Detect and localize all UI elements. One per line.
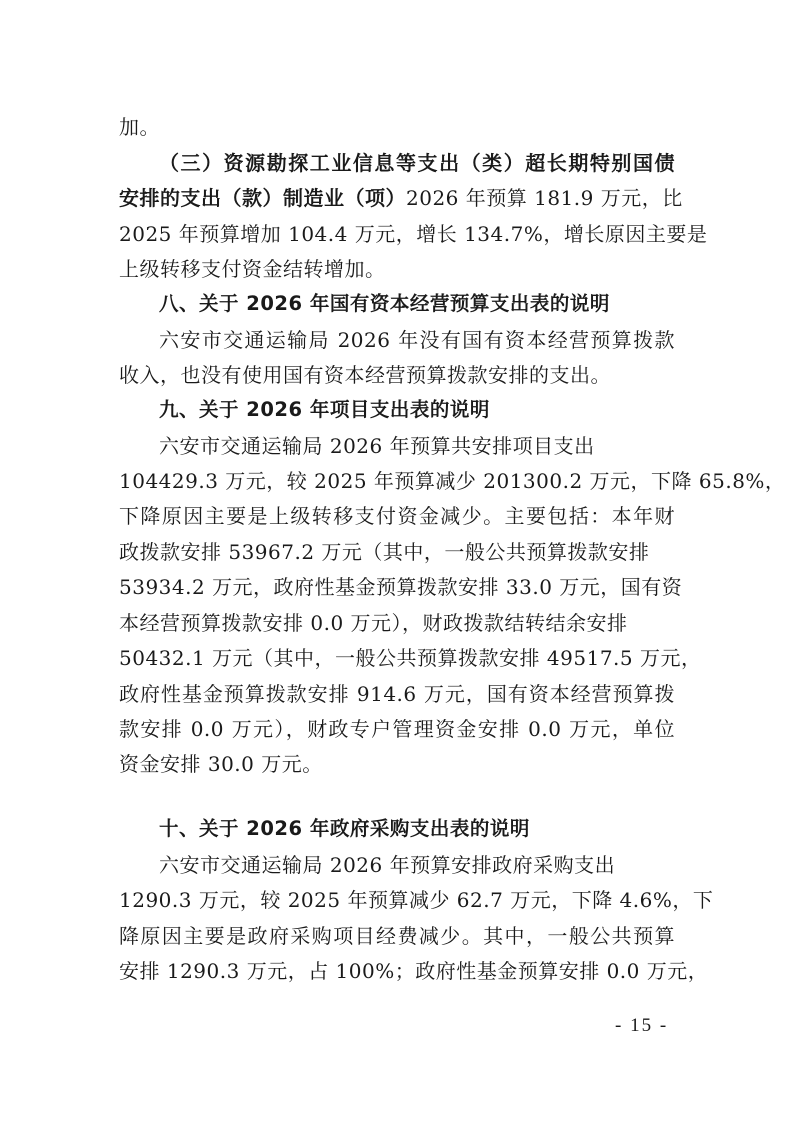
text-line: 六安市交通运输局 2026 年没有国有资本经营预算拨款	[159, 323, 675, 357]
text-line: 安排的支出（款）制造业（项）2026 年预算 181.9 万元，比	[119, 181, 675, 215]
text-line: 收入，也没有使用国有资本经营预算拨款安排的支出。	[119, 358, 675, 392]
text-line: 104429.3 万元，较 2025 年预算减少 201300.2 万元，下降 …	[119, 464, 675, 498]
bold-subject: 安排的支出（款）制造业（项）	[119, 186, 406, 210]
section-heading: 九、关于 2026 年项目支出表的说明	[159, 393, 675, 427]
text-line: （三）资源勘探工业信息等支出（类）超长期特别国债	[159, 146, 675, 180]
section-heading: 八、关于 2026 年国有资本经营预算支出表的说明	[159, 287, 675, 321]
text-line: 六安市交通运输局 2026 年预算安排政府采购支出	[159, 848, 675, 882]
text-line: 50432.1 万元（其中，一般公共预算拨款安排 49517.5 万元，	[119, 641, 675, 675]
text-line: 本经营预算拨款安排 0.0 万元），财政拨款结转结余安排	[119, 606, 675, 640]
text-line: 政府性基金预算拨款安排 914.6 万元，国有资本经营预算拨	[119, 677, 675, 711]
text-line: 资金安排 30.0 万元。	[119, 747, 675, 781]
text-line: 下降原因主要是上级转移支付资金减少。主要包括：本年财	[119, 499, 675, 533]
text-line: 1290.3 万元，较 2025 年预算减少 62.7 万元，下降 4.6%，下	[119, 883, 675, 917]
text-line: 降原因主要是政府采购项目经费减少。其中，一般公共预算	[119, 919, 675, 953]
text-fragment: 2026 年预算 181.9 万元，比	[406, 186, 683, 210]
text-line: 上级转移支付资金结转增加。	[119, 252, 675, 286]
text-line: 六安市交通运输局 2026 年预算共安排项目支出	[159, 429, 675, 463]
document-page: 加。（三）资源勘探工业信息等支出（类）超长期特别国债安排的支出（款）制造业（项）…	[0, 0, 793, 1122]
text-line: 53934.2 万元，政府性基金预算拨款安排 33.0 万元，国有资	[119, 570, 675, 604]
text-line: 加。	[119, 110, 675, 144]
section-heading: 十、关于 2026 年政府采购支出表的说明	[159, 812, 675, 846]
text-line: 安排 1290.3 万元，占 100%；政府性基金预算安排 0.0 万元，	[119, 954, 675, 988]
text-line: 政拨款安排 53967.2 万元（其中，一般公共预算拨款安排	[119, 535, 675, 569]
page-number: - 15 -	[615, 1015, 668, 1037]
text-line: 2025 年预算增加 104.4 万元，增长 134.7%，增长原因主要是	[119, 217, 675, 251]
text-line: 款安排 0.0 万元），财政专户管理资金安排 0.0 万元，单位	[119, 712, 675, 746]
